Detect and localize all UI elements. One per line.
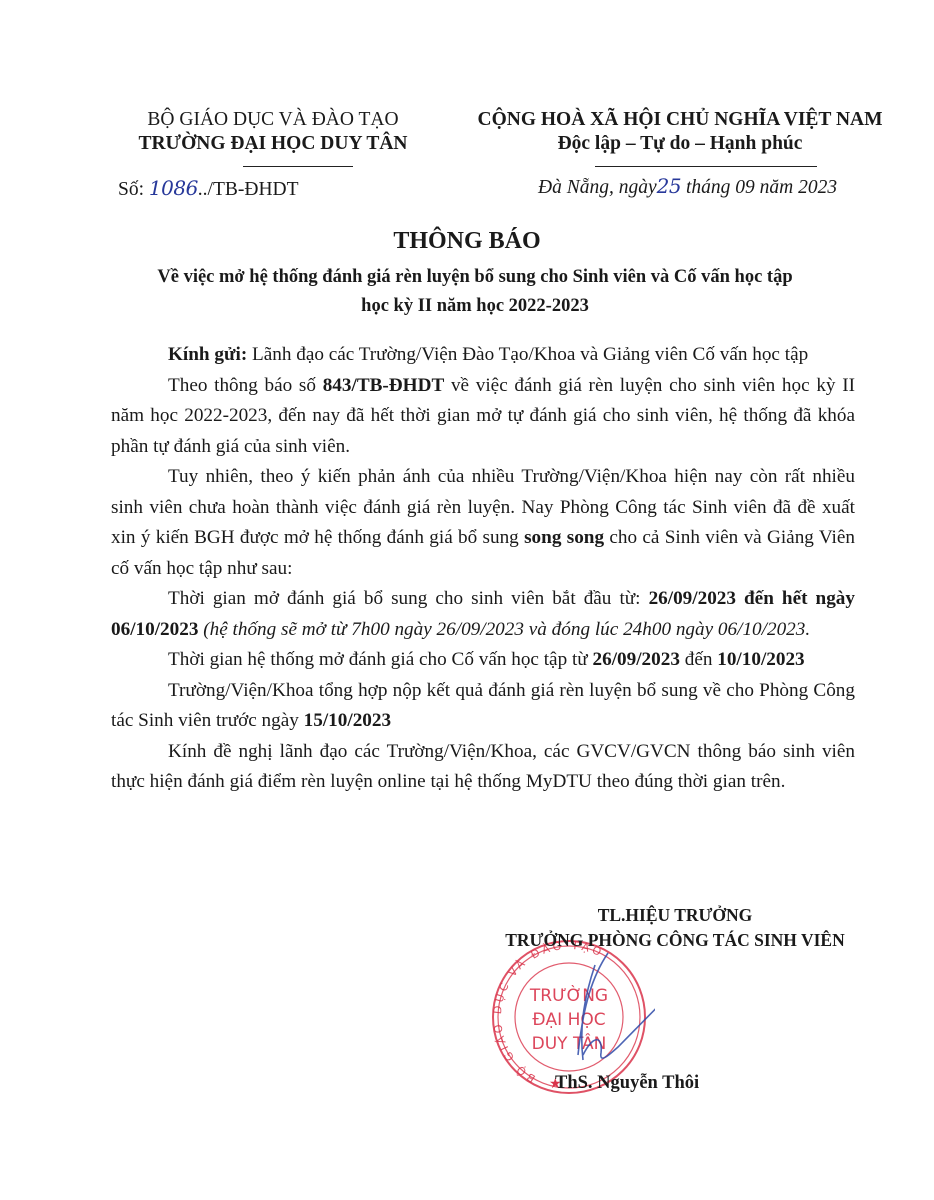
document-number: Số: 1086../TB-ĐHDT [118, 176, 299, 201]
underline-divider [243, 166, 353, 167]
national-header: CỘNG HOÀ XÃ HỘI CHỦ NGHĨA VIỆT NAM Độc l… [455, 108, 905, 156]
paragraph-3: Thời gian mở đánh giá bổ sung cho sinh v… [111, 584, 855, 645]
document-title: THÔNG BÁO [0, 228, 934, 255]
signatory-name: ThS. Nguyễn Thôi [555, 1073, 699, 1094]
ministry-name: BỘ GIÁO DỤC VÀ ĐÀO TẠO [108, 108, 438, 132]
signature-block: TL.HIỆU TRƯỞNG TRƯỞNG PHÒNG CÔNG TÁC SIN… [440, 903, 910, 953]
document-body: Kính gửi: Lãnh đạo các Trường/Viện Đào T… [111, 340, 855, 798]
national-motto: Độc lập – Tự do – Hạnh phúc [455, 132, 905, 156]
paragraph-5: Trường/Viện/Khoa tổng hợp nộp kết quả đá… [111, 676, 855, 737]
official-stamp: BỘ GIÁO DỤC VÀ ĐÀO TẠO TRƯỜNG ĐẠI HỌC DU… [483, 935, 655, 1095]
recipient-line: Kính gửi: Lãnh đạo các Trường/Viện Đào T… [111, 340, 855, 371]
paragraph-4: Thời gian hệ thống mở đánh giá cho Cố vấ… [111, 645, 855, 676]
svg-text:ĐẠI HỌC: ĐẠI HỌC [532, 1010, 605, 1030]
paragraph-1: Theo thông báo số 843/TB-ĐHDT về việc đá… [111, 371, 855, 463]
svg-text:DUY TÂN: DUY TÂN [532, 1032, 607, 1054]
underline-divider [595, 166, 817, 167]
signature-title-1: TL.HIỆU TRƯỞNG [440, 903, 910, 928]
handwritten-number: 1086 [149, 176, 198, 200]
handwritten-day: 25 [657, 174, 681, 198]
nation-name: CỘNG HOÀ XÃ HỘI CHỦ NGHĨA VIỆT NAM [455, 108, 905, 132]
paragraph-2: Tuy nhiên, theo ý kiến phản ánh của nhiề… [111, 462, 855, 584]
signature-title-2: TRƯỞNG PHÒNG CÔNG TÁC SINH VIÊN [440, 928, 910, 953]
issuing-authority: BỘ GIÁO DỤC VÀ ĐÀO TẠO TRƯỜNG ĐẠI HỌC DU… [108, 108, 438, 156]
paragraph-6: Kính đề nghị lãnh đạo các Trường/Viện/Kh… [111, 737, 855, 798]
document-subtitle: Về việc mở hệ thống đánh giá rèn luyện b… [80, 263, 870, 321]
document-date: Đà Nẵng, ngày25 tháng 09 năm 2023 [538, 174, 837, 199]
university-name: TRƯỜNG ĐẠI HỌC DUY TÂN [108, 132, 438, 156]
svg-text:TRƯỜNG: TRƯỜNG [529, 984, 608, 1006]
